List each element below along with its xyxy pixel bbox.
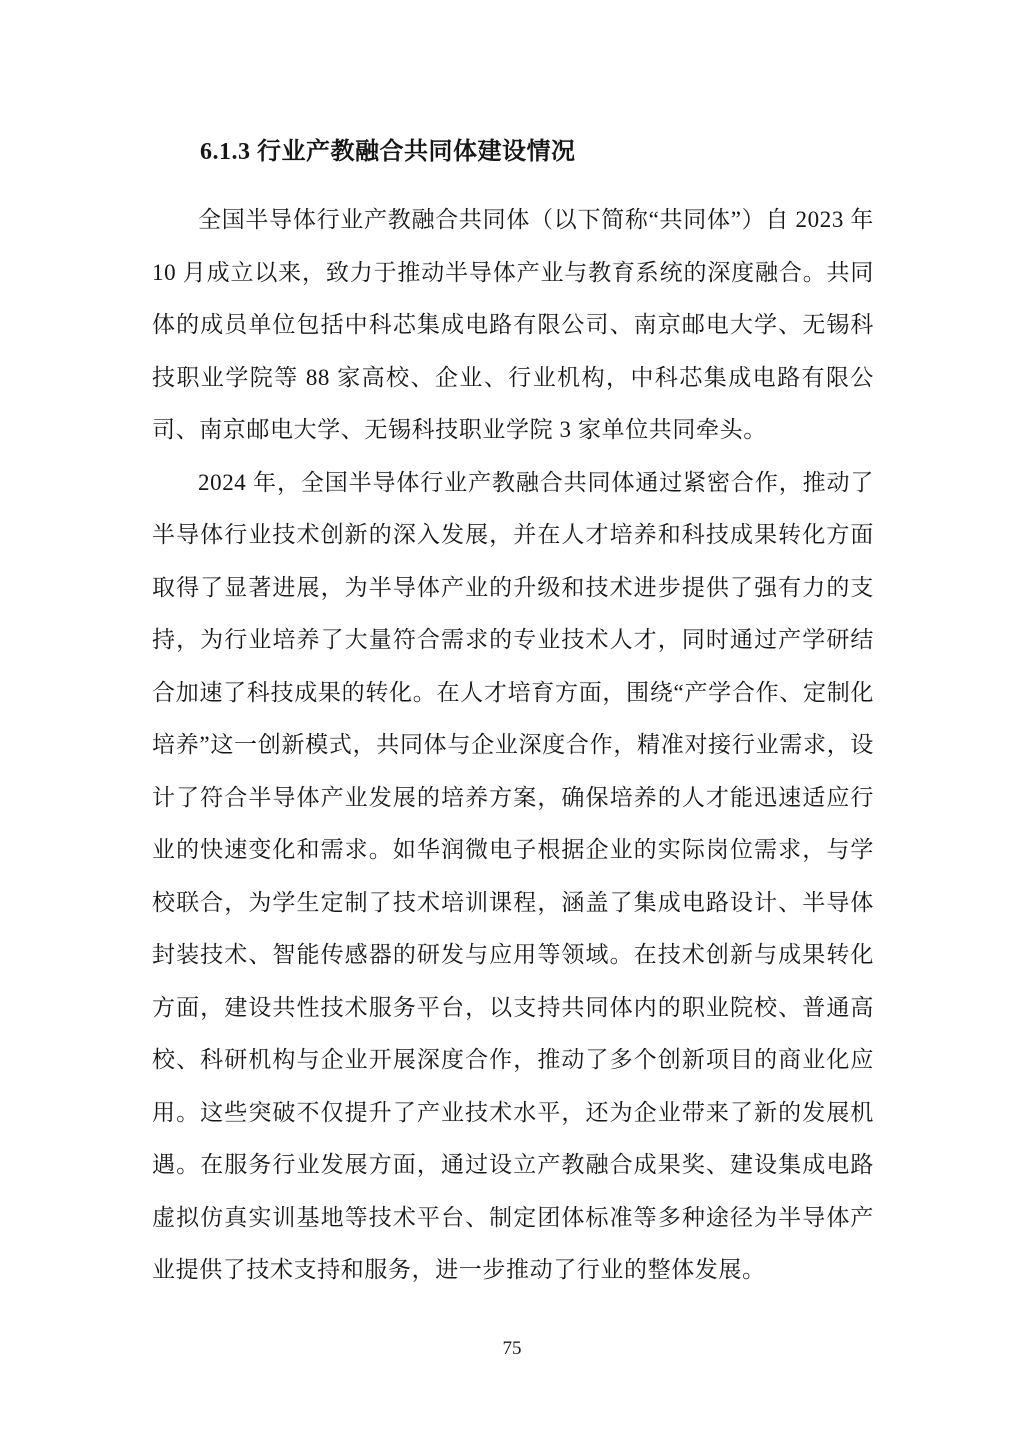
document-page: 6.1.3 行业产教融合共同体建设情况 全国半导体行业产教融合共同体（以下简称“…: [0, 0, 1024, 1448]
page-number: 75: [0, 1338, 1024, 1360]
paragraph-community-intro: 全国半导体行业产教融合共同体（以下简称“共同体”）自 2023 年 10 月成立…: [152, 194, 874, 457]
document-body: 6.1.3 行业产教融合共同体建设情况 全国半导体行业产教融合共同体（以下简称“…: [152, 136, 874, 1297]
paragraph-2024-progress: 2024 年，全国半导体行业产教融合共同体通过紧密合作，推动了半导体行业技术创新…: [152, 457, 874, 1297]
section-heading: 6.1.3 行业产教融合共同体建设情况: [152, 136, 874, 168]
